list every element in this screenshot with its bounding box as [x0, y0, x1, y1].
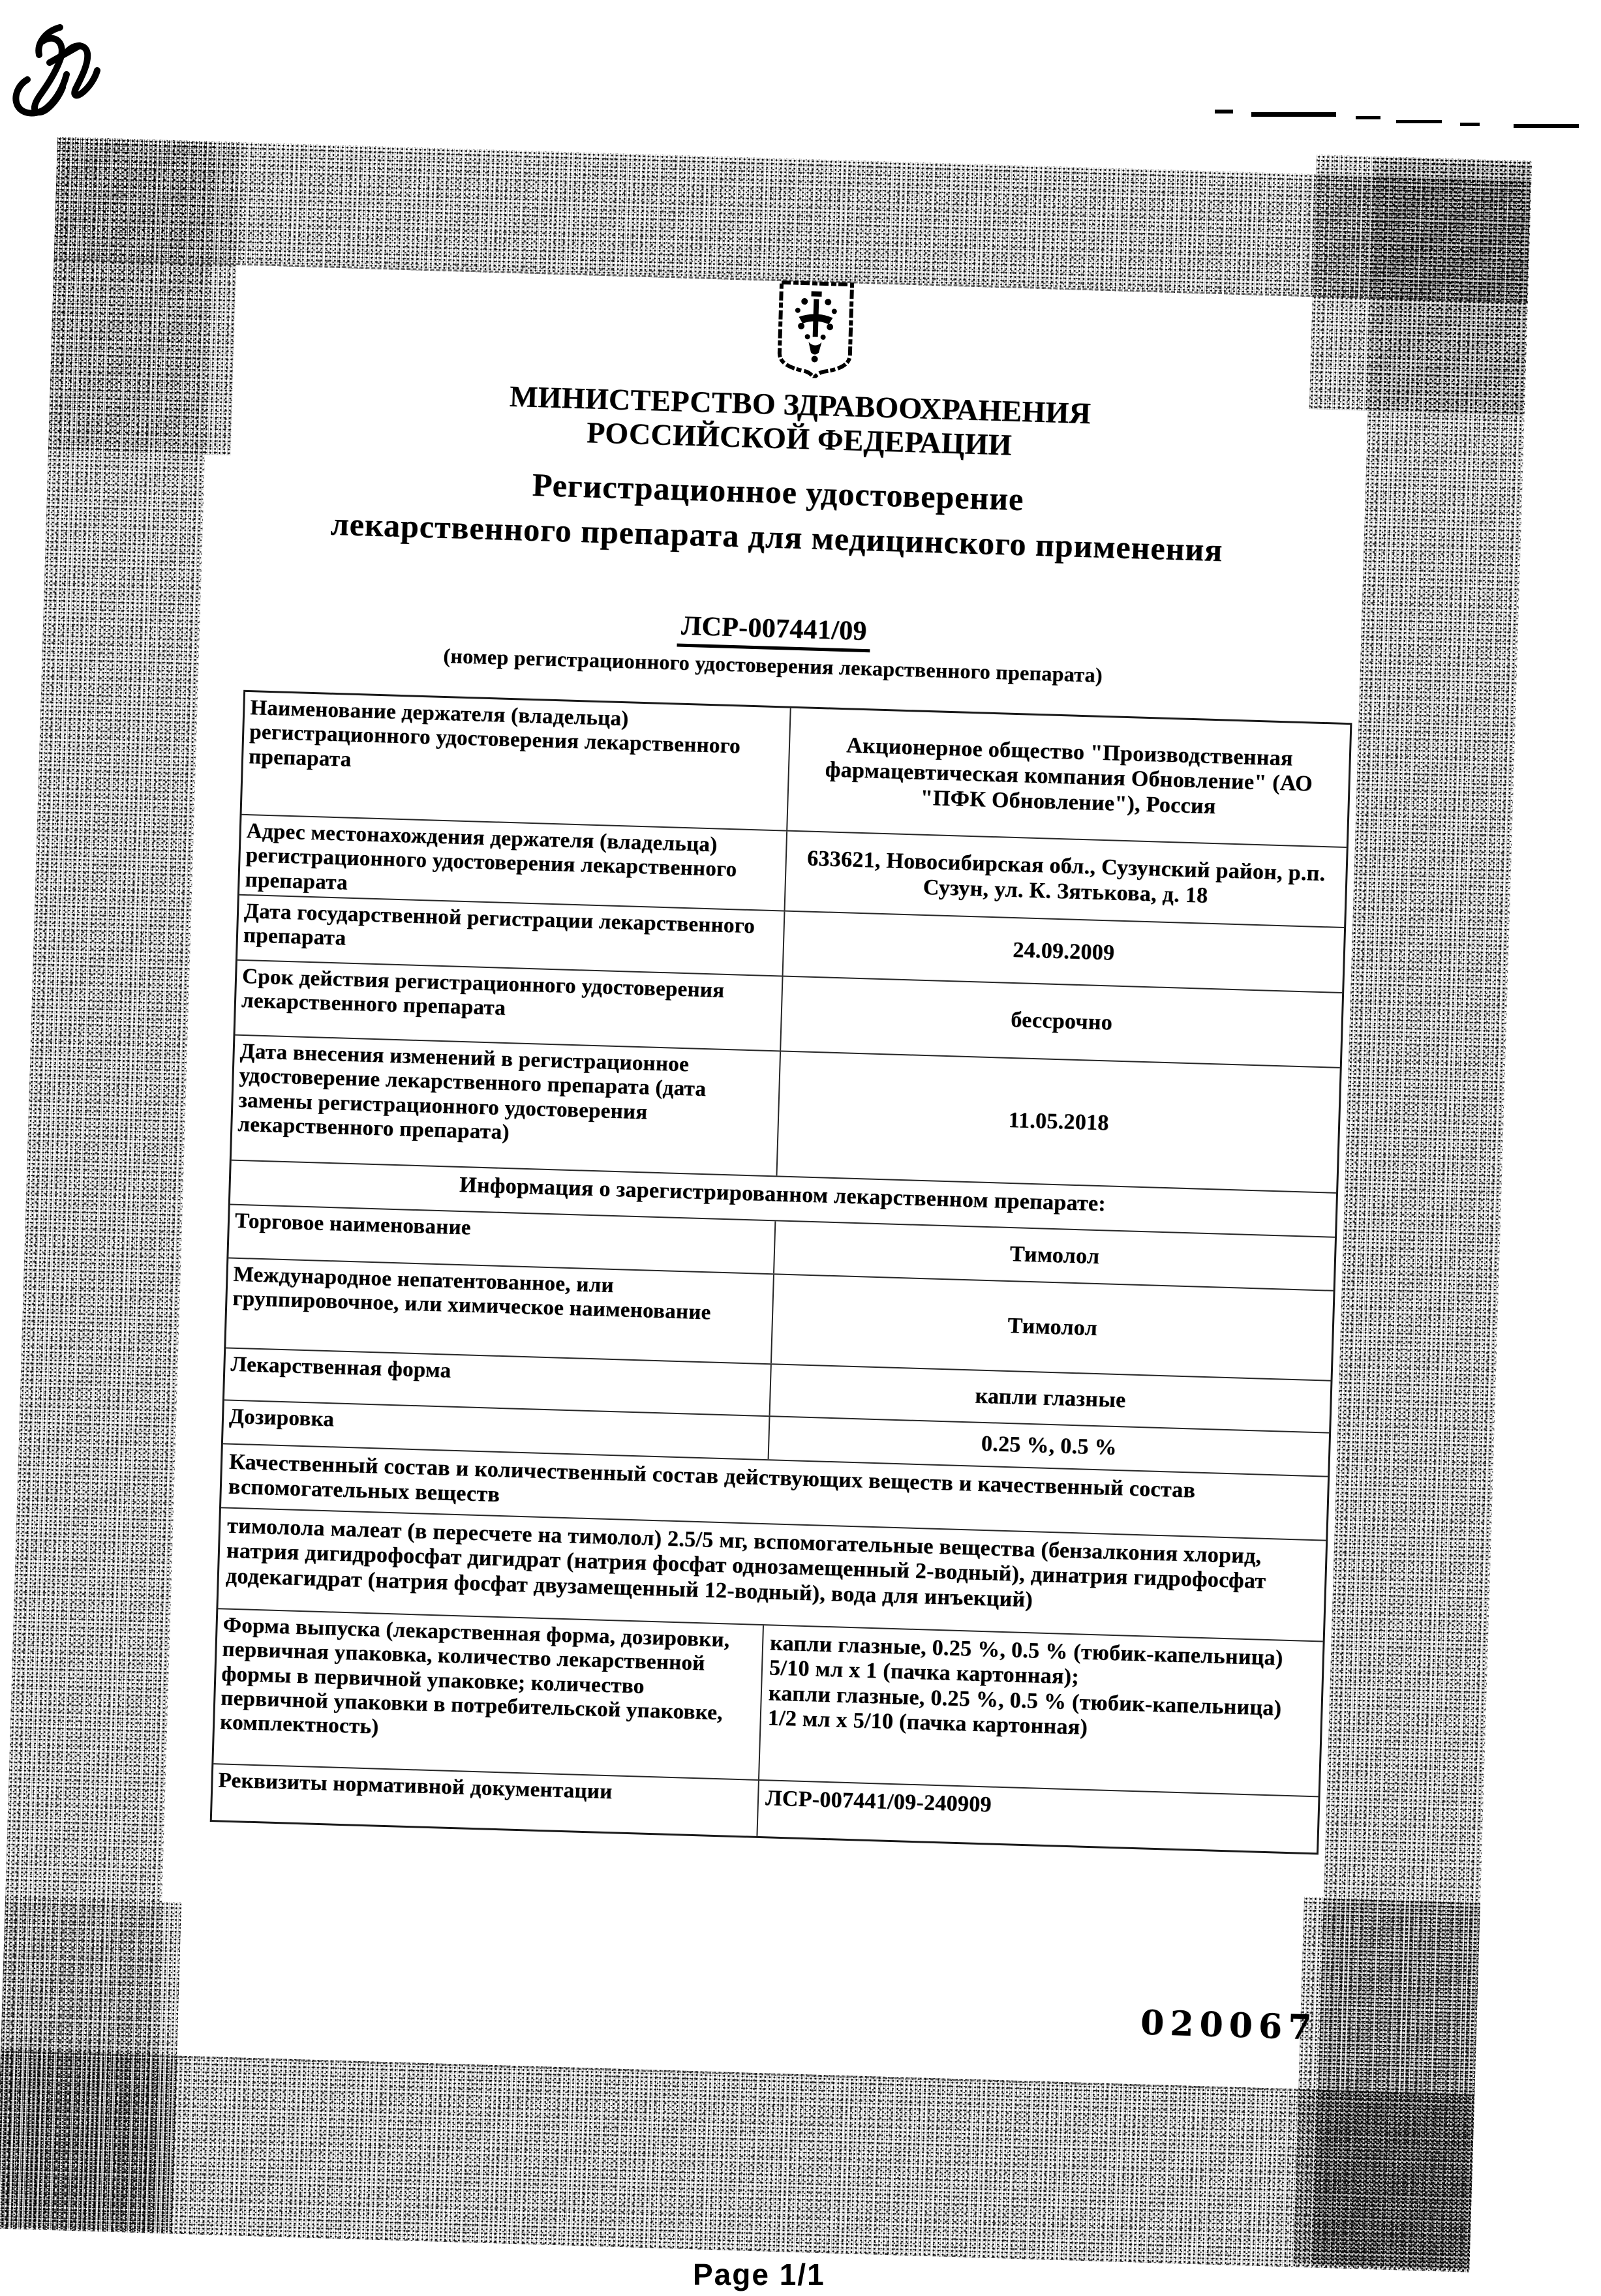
- row-label: Наименование держателя (владельца) регис…: [242, 692, 791, 830]
- border-ornament-corner: [48, 137, 240, 455]
- border-ornament-corner: [1309, 155, 1532, 415]
- page-indicator: Page 1/1: [693, 2257, 825, 2292]
- row-value: Акционерное общество "Производственная ф…: [787, 708, 1350, 847]
- scan-artifact-dash: [1251, 112, 1336, 117]
- row-value: 633621, Новосибирская обл., Сузунский ра…: [785, 832, 1347, 927]
- row-label: Срок действия регистрационного удостовер…: [236, 961, 784, 1051]
- document-title: Регистрационное удостоверение лекарствен…: [222, 453, 1333, 576]
- scan-artifact-dash: [1356, 116, 1380, 119]
- certificate-scan: МИНИСТЕРСТВО ЗДРАВООХРАНЕНИЯ РОССИЙСКОЙ …: [0, 98, 1532, 2274]
- row-value: Тимолол: [772, 1275, 1334, 1380]
- row-label: Форма выпуска (лекарственная форма, дози…: [213, 1609, 764, 1779]
- registration-number-block: ЛСР-007441/09 (номер регистрационного уд…: [218, 597, 1328, 694]
- row-label: Дата внесения изменений в регистрационно…: [232, 1036, 781, 1176]
- border-ornament-corner: [1293, 1897, 1480, 2271]
- scan-artifact-dash: [1460, 123, 1480, 126]
- row-value: капли глазные, 0.25 %, 0.5 % (тюбик-капе…: [759, 1625, 1323, 1796]
- ministry-heading: МИНИСТЕРСТВО ЗДРАВООХРАНЕНИЯ РОССИЙСКОЙ …: [505, 380, 1094, 464]
- serial-number: 020067: [1140, 2003, 1318, 2048]
- scan-artifact-dash: [1396, 120, 1442, 123]
- row-label: Адрес местонахождения держателя (владель…: [239, 815, 787, 911]
- coat-of-arms-icon: [774, 276, 858, 380]
- registration-number: ЛСР-007441/09: [677, 610, 871, 652]
- border-ornament-corner: [0, 1897, 181, 2232]
- registration-table: Наименование держателя (владельца) регис…: [210, 690, 1352, 1855]
- row-value: бессрочно: [781, 977, 1342, 1067]
- scan-artifact-dash: [1514, 124, 1579, 128]
- scan-artifact-dash: [1215, 110, 1233, 113]
- row-value: 11.05.2018: [777, 1051, 1339, 1192]
- row-label: Международное непатентованное, или групп…: [226, 1259, 774, 1364]
- border-ornament-bottom: [0, 2051, 1474, 2273]
- scanned-document-page: МИНИСТЕРСТВО ЗДРАВООХРАНЕНИЯ РОССИЙСКОЙ …: [0, 0, 1601, 2296]
